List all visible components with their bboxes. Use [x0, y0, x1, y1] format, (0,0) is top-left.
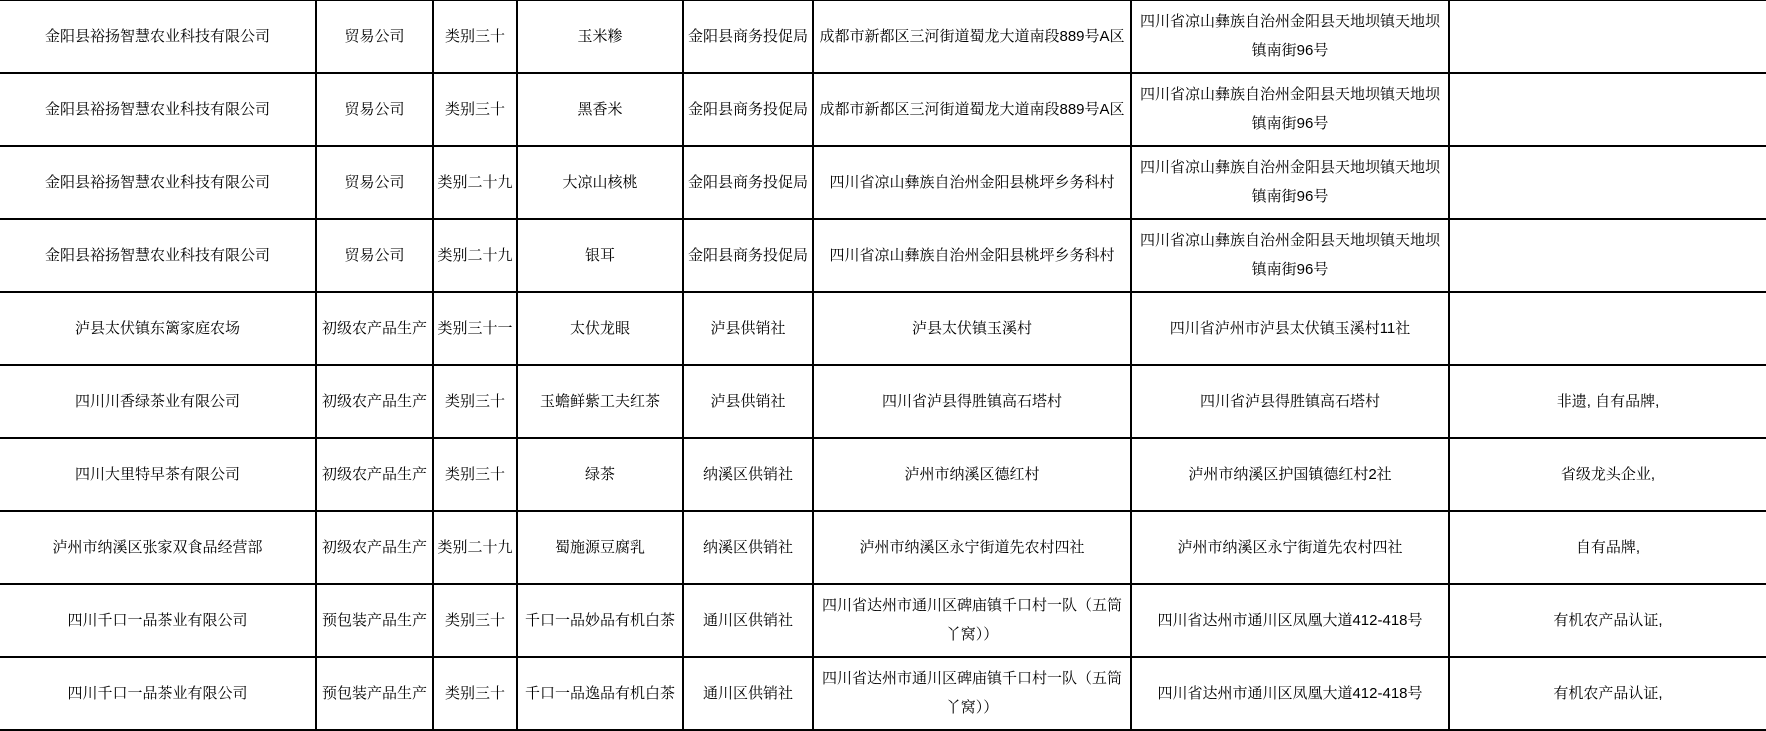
- cell-company-name: 泸县太伏镇东篱家庭农场: [0, 292, 316, 365]
- cell-company-name: 四川大里特早茶有限公司: [0, 438, 316, 511]
- table-row: 泸县太伏镇东篱家庭农场初级农产品生产类别三十一太伏龙眼泸县供销社泸县太伏镇玉溪村…: [0, 292, 1766, 365]
- cell-address-primary: 四川省达州市通川区碑庙镇千口村一队（五筒丫窝））: [813, 584, 1131, 657]
- table-row: 四川千口一品茶业有限公司预包装产品生产类别三十千口一品逸品有机白茶通川区供销社四…: [0, 657, 1766, 730]
- cell-address-primary: 四川省凉山彝族自治州金阳县桃坪乡务科村: [813, 146, 1131, 219]
- cell-recommending-unit: 金阳县商务投促局: [683, 1, 813, 73]
- cell-notes: 非遗, 自有品牌,: [1449, 365, 1766, 438]
- cell-business-type: 贸易公司: [316, 73, 433, 146]
- cell-address-secondary: 四川省凉山彝族自治州金阳县天地坝镇天地坝镇南街96号: [1131, 219, 1449, 292]
- cell-category: 类别三十: [433, 365, 517, 438]
- table-row: 四川川香绿茶业有限公司初级农产品生产类别三十玉蟾鲜紫工夫红茶泸县供销社四川省泸县…: [0, 365, 1766, 438]
- cell-address-primary: 成都市新都区三河街道蜀龙大道南段889号A区: [813, 73, 1131, 146]
- cell-notes: 有机农产品认证,: [1449, 657, 1766, 730]
- table-row: 金阳县裕扬智慧农业科技有限公司贸易公司类别二十九大凉山核桃金阳县商务投促局四川省…: [0, 146, 1766, 219]
- cell-address-primary: 泸县太伏镇玉溪村: [813, 292, 1131, 365]
- cell-company-name: 四川千口一品茶业有限公司: [0, 657, 316, 730]
- cell-product-name: 蜀施源豆腐乳: [517, 511, 683, 584]
- table-row: 四川千口一品茶业有限公司预包装产品生产类别三十千口一品妙品有机白茶通川区供销社四…: [0, 584, 1766, 657]
- cell-notes: 有机农产品认证,: [1449, 584, 1766, 657]
- cell-recommending-unit: 通川区供销社: [683, 657, 813, 730]
- cell-address-secondary: 泸州市纳溪区护国镇德红村2社: [1131, 438, 1449, 511]
- cell-category: 类别二十九: [433, 146, 517, 219]
- cell-address-primary: 泸州市纳溪区德红村: [813, 438, 1131, 511]
- cell-product-name: 玉米糁: [517, 1, 683, 73]
- cell-company-name: 四川千口一品茶业有限公司: [0, 584, 316, 657]
- table-body: 金阳县裕扬智慧农业科技有限公司贸易公司类别三十玉米糁金阳县商务投促局成都市新都区…: [0, 1, 1766, 730]
- table-row: 金阳县裕扬智慧农业科技有限公司贸易公司类别三十黑香米金阳县商务投促局成都市新都区…: [0, 73, 1766, 146]
- cell-company-name: 四川川香绿茶业有限公司: [0, 365, 316, 438]
- cell-business-type: 贸易公司: [316, 146, 433, 219]
- cell-notes: [1449, 1, 1766, 73]
- cell-business-type: 初级农产品生产: [316, 365, 433, 438]
- cell-company-name: 泸州市纳溪区张家双食品经营部: [0, 511, 316, 584]
- cell-address-primary: 泸州市纳溪区永宁街道先农村四社: [813, 511, 1131, 584]
- cell-company-name: 金阳县裕扬智慧农业科技有限公司: [0, 1, 316, 73]
- cell-address-primary: 成都市新都区三河街道蜀龙大道南段889号A区: [813, 1, 1131, 73]
- cell-address-secondary: 四川省泸州市泸县太伏镇玉溪村11社: [1131, 292, 1449, 365]
- cell-recommending-unit: 金阳县商务投促局: [683, 219, 813, 292]
- cell-business-type: 预包装产品生产: [316, 584, 433, 657]
- cell-address-secondary: 四川省泸县得胜镇高石塔村: [1131, 365, 1449, 438]
- cell-product-name: 黑香米: [517, 73, 683, 146]
- table-row: 金阳县裕扬智慧农业科技有限公司贸易公司类别二十九银耳金阳县商务投促局四川省凉山彝…: [0, 219, 1766, 292]
- cell-address-primary: 四川省达州市通川区碑庙镇千口村一队（五筒丫窝））: [813, 657, 1131, 730]
- cell-category: 类别三十: [433, 438, 517, 511]
- cell-product-name: 绿茶: [517, 438, 683, 511]
- cell-product-name: 银耳: [517, 219, 683, 292]
- cell-address-primary: 四川省泸县得胜镇高石塔村: [813, 365, 1131, 438]
- cell-notes: [1449, 292, 1766, 365]
- cell-product-name: 千口一品妙品有机白茶: [517, 584, 683, 657]
- cell-business-type: 初级农产品生产: [316, 511, 433, 584]
- cell-recommending-unit: 金阳县商务投促局: [683, 73, 813, 146]
- cell-recommending-unit: 泸县供销社: [683, 365, 813, 438]
- cell-company-name: 金阳县裕扬智慧农业科技有限公司: [0, 146, 316, 219]
- cell-product-name: 太伏龙眼: [517, 292, 683, 365]
- cell-category: 类别三十: [433, 73, 517, 146]
- cell-address-secondary: 四川省达州市通川区凤凰大道412-418号: [1131, 657, 1449, 730]
- cell-business-type: 贸易公司: [316, 219, 433, 292]
- cell-product-name: 大凉山核桃: [517, 146, 683, 219]
- cell-address-secondary: 四川省凉山彝族自治州金阳县天地坝镇天地坝镇南街96号: [1131, 1, 1449, 73]
- cell-product-name: 玉蟾鲜紫工夫红茶: [517, 365, 683, 438]
- cell-category: 类别三十一: [433, 292, 517, 365]
- cell-notes: 自有品牌,: [1449, 511, 1766, 584]
- cell-category: 类别二十九: [433, 219, 517, 292]
- cell-notes: 省级龙头企业,: [1449, 438, 1766, 511]
- cell-address-secondary: 四川省凉山彝族自治州金阳县天地坝镇天地坝镇南街96号: [1131, 73, 1449, 146]
- cell-category: 类别三十: [433, 657, 517, 730]
- cell-company-name: 金阳县裕扬智慧农业科技有限公司: [0, 219, 316, 292]
- cell-recommending-unit: 泸县供销社: [683, 292, 813, 365]
- cell-company-name: 金阳县裕扬智慧农业科技有限公司: [0, 73, 316, 146]
- cell-notes: [1449, 146, 1766, 219]
- cell-recommending-unit: 金阳县商务投促局: [683, 146, 813, 219]
- cell-recommending-unit: 纳溪区供销社: [683, 511, 813, 584]
- cell-business-type: 贸易公司: [316, 1, 433, 73]
- table-row: 泸州市纳溪区张家双食品经营部初级农产品生产类别二十九蜀施源豆腐乳纳溪区供销社泸州…: [0, 511, 1766, 584]
- cell-address-primary: 四川省凉山彝族自治州金阳县桃坪乡务科村: [813, 219, 1131, 292]
- cell-product-name: 千口一品逸品有机白茶: [517, 657, 683, 730]
- cell-business-type: 初级农产品生产: [316, 292, 433, 365]
- cell-address-secondary: 泸州市纳溪区永宁街道先农村四社: [1131, 511, 1449, 584]
- cell-notes: [1449, 73, 1766, 146]
- cell-category: 类别二十九: [433, 511, 517, 584]
- cell-recommending-unit: 纳溪区供销社: [683, 438, 813, 511]
- cell-business-type: 初级农产品生产: [316, 438, 433, 511]
- cell-address-secondary: 四川省凉山彝族自治州金阳县天地坝镇天地坝镇南街96号: [1131, 146, 1449, 219]
- cell-category: 类别三十: [433, 1, 517, 73]
- cell-category: 类别三十: [433, 584, 517, 657]
- cell-business-type: 预包装产品生产: [316, 657, 433, 730]
- company-product-registry-table: 金阳县裕扬智慧农业科技有限公司贸易公司类别三十玉米糁金阳县商务投促局成都市新都区…: [0, 0, 1766, 731]
- cell-notes: [1449, 219, 1766, 292]
- table-row: 四川大里特早茶有限公司初级农产品生产类别三十绿茶纳溪区供销社泸州市纳溪区德红村泸…: [0, 438, 1766, 511]
- table-row: 金阳县裕扬智慧农业科技有限公司贸易公司类别三十玉米糁金阳县商务投促局成都市新都区…: [0, 1, 1766, 73]
- cell-address-secondary: 四川省达州市通川区凤凰大道412-418号: [1131, 584, 1449, 657]
- cell-recommending-unit: 通川区供销社: [683, 584, 813, 657]
